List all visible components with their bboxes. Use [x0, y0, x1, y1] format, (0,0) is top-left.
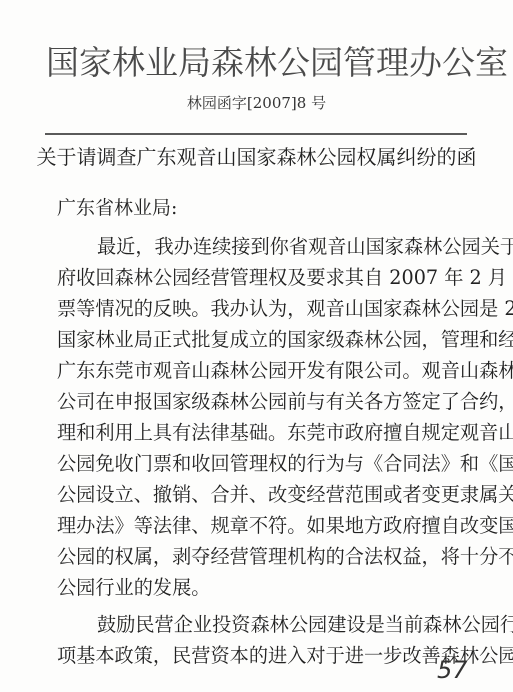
- text-line: 最近，我办连续接到你省观音山国家森林公园关于东莞市政: [57, 235, 459, 266]
- text-line: 府收回森林公园经营管理权及要求其自 2007 年 2 月 10 起免收门: [57, 266, 459, 297]
- document-subject: 关于请调查广东观音山国家森林公园权属纠纷的函: [0, 144, 513, 170]
- document-page: 国家林业局森林公园管理办公室 林园函字[2007]8 号 关于请调查广东观音山国…: [0, 0, 513, 692]
- text-line: 国家林业局正式批复成立的国家级森林公园，管理和经营主体是: [57, 328, 459, 359]
- document-number: 林园函字[2007]8 号: [0, 94, 513, 112]
- text-line: 理和利用上具有法律基础。东莞市政府擅自规定观音山国家森林: [57, 421, 459, 452]
- letterhead-organization: 国家林业局森林公园管理办公室: [46, 43, 466, 83]
- text-line: 公司在申报国家级森林公园前与有关各方签定了合约，在资源管: [57, 390, 459, 421]
- paragraph-2: 鼓励民营企业投资森林公园建设是当前森林公园行业的一 项基本政策，民营资本的进入对…: [57, 613, 459, 675]
- text-line: 鼓励民营企业投资森林公园建设是当前森林公园行业的一: [57, 613, 459, 644]
- salutation: 广东省林业局:: [57, 196, 177, 220]
- text-line: 项基本政策，民营资本的进入对于进一步改善森林公园的基础服: [57, 644, 459, 675]
- text-line: 公园的权属，剥夺经营管理机构的合法权益，将十分不利于森林: [57, 545, 459, 576]
- document-body: 最近，我办连续接到你省观音山国家森林公园关于东莞市政 府收回森林公园经营管理权及…: [57, 235, 459, 675]
- text-line: 公园行业的发展。: [57, 576, 459, 607]
- text-line: 广东东莞市观音山森林公园开发有限公司。观音山森林公园开发: [57, 359, 459, 390]
- text-line: 理办法》等法律、规章不符。如果地方政府擅自改变国家级森林: [57, 514, 459, 545]
- header-divider: [45, 133, 467, 135]
- paragraph-1: 最近，我办连续接到你省观音山国家森林公园关于东莞市政 府收回森林公园经营管理权及…: [57, 235, 459, 607]
- text-line: 公园免收门票和收回管理权的行为与《合同法》和《国家级森林: [57, 452, 459, 483]
- text-line: 公园设立、撤销、合并、改变经营范围或者变更隶属关系审批管: [57, 483, 459, 514]
- text-line: 票等情况的反映。我办认为，观音山国家森林公园是 2005 年由: [57, 297, 459, 328]
- handwritten-page-number: 57: [437, 656, 468, 684]
